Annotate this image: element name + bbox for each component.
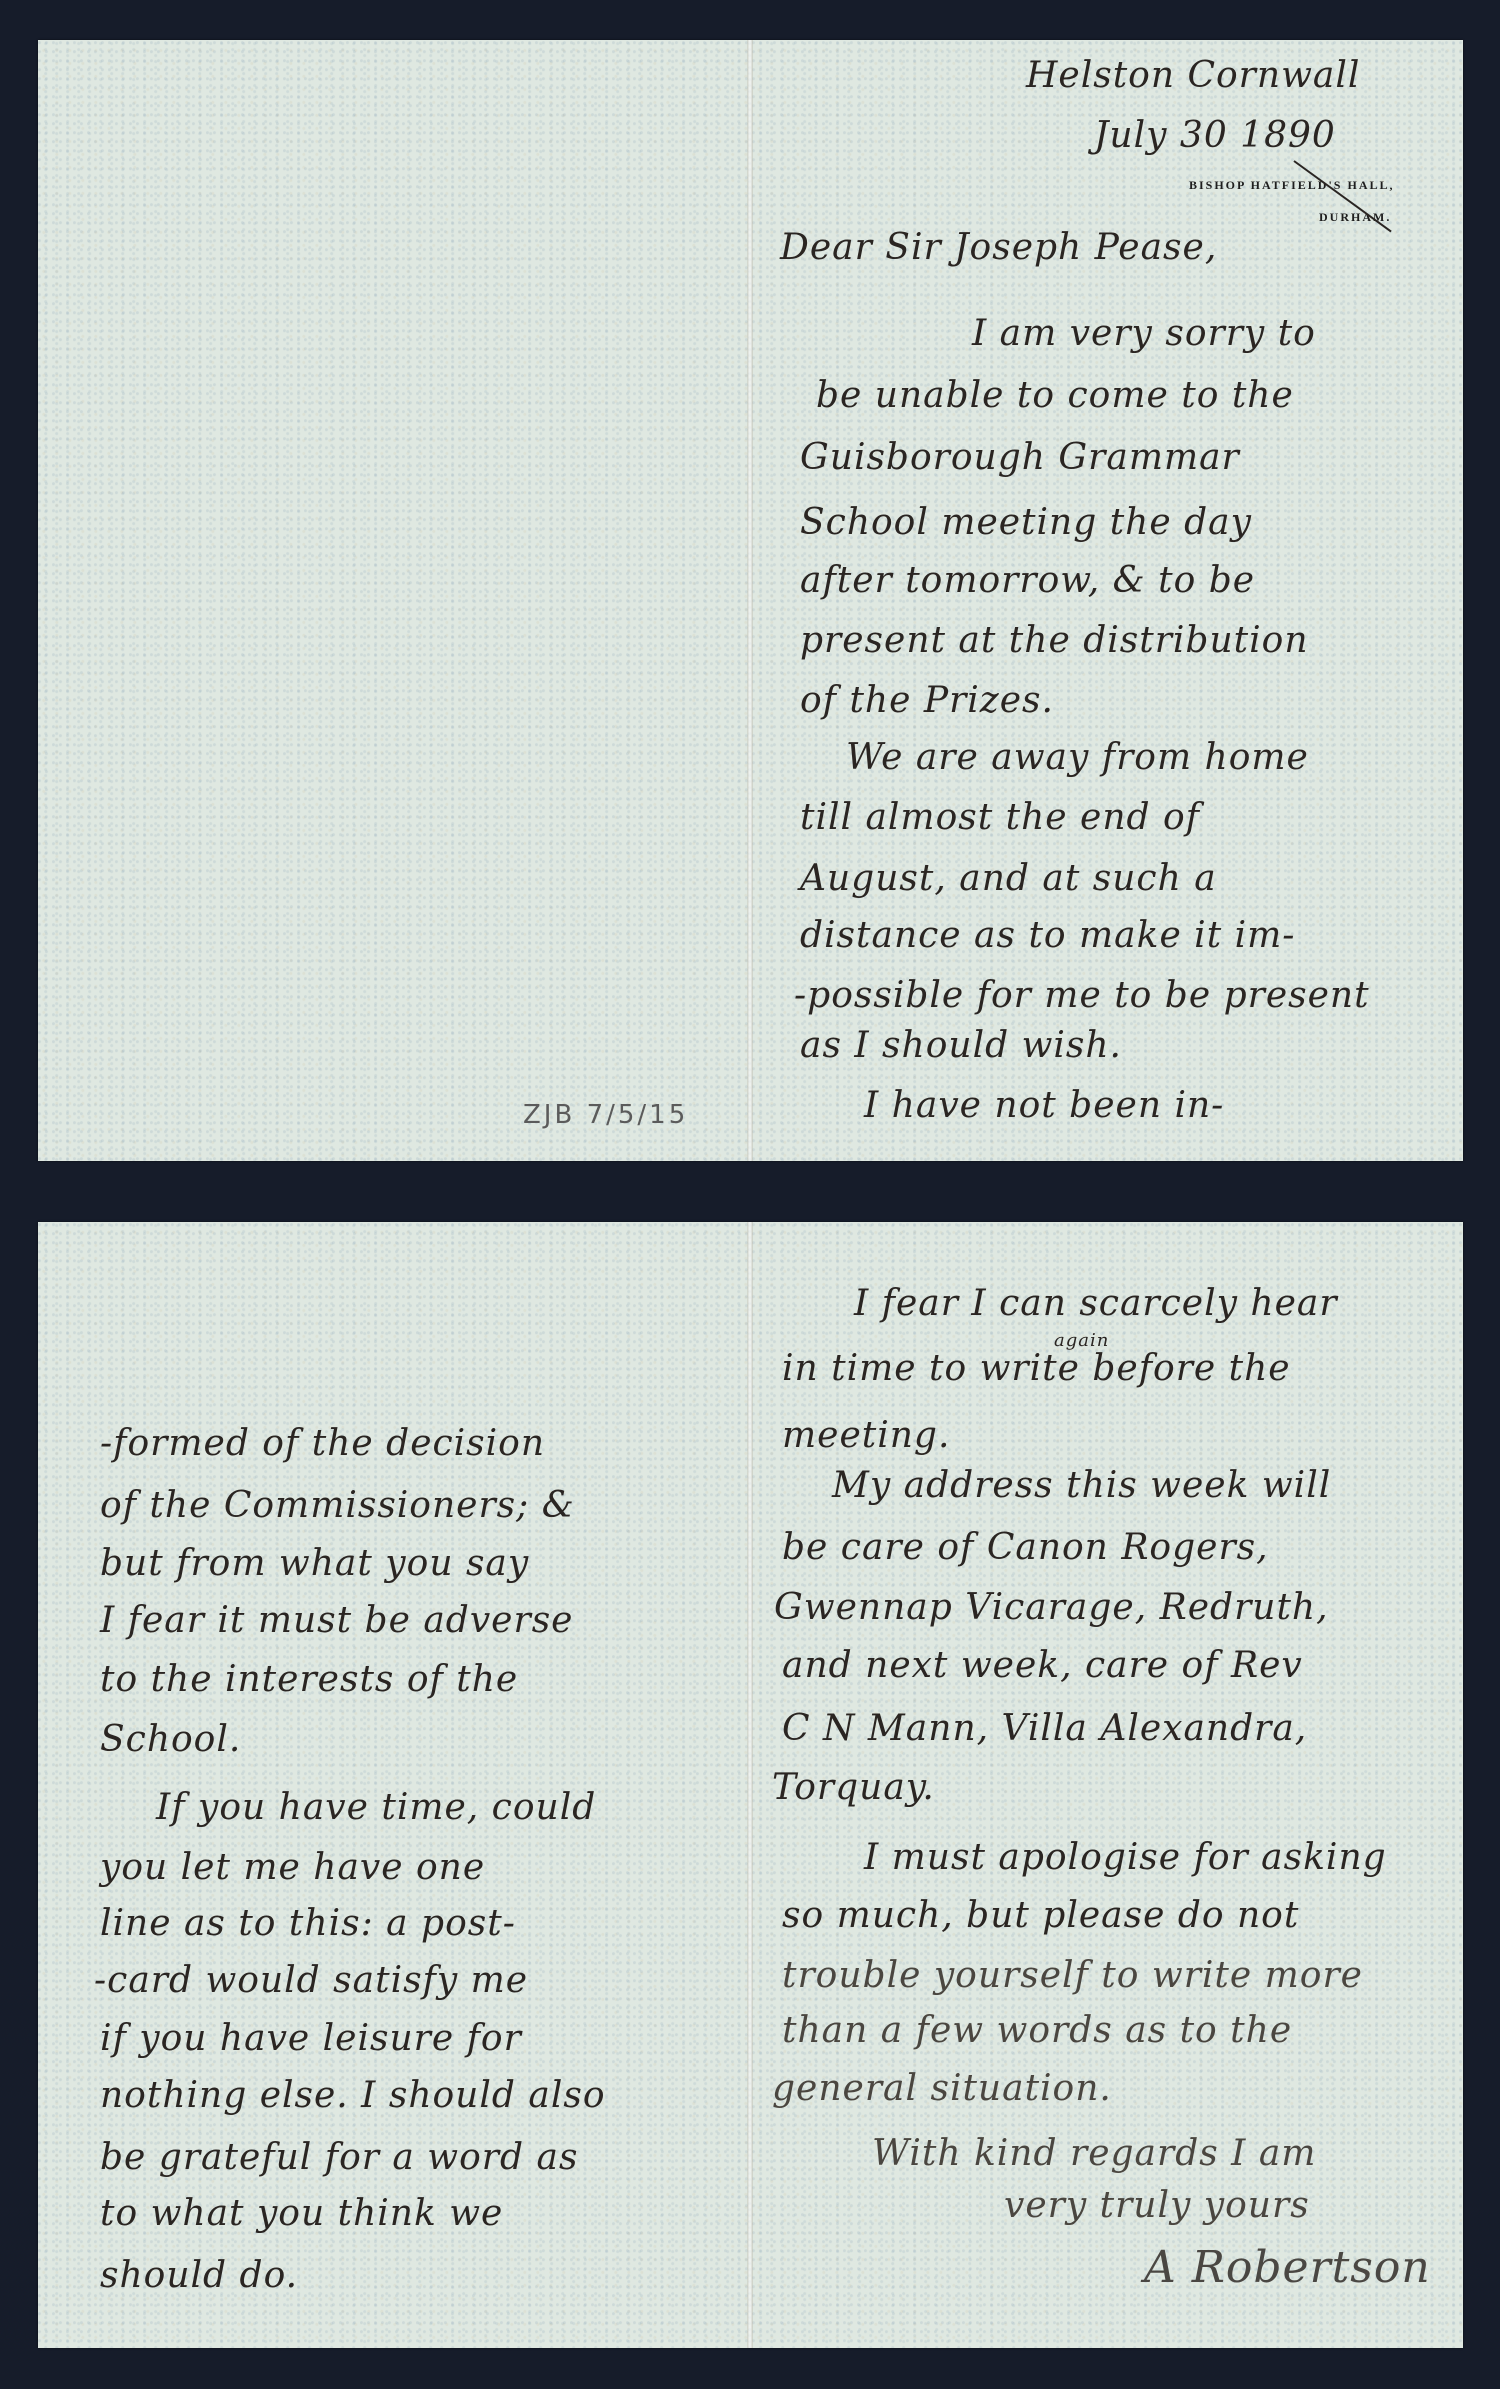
letter-line: and next week, care of Rev — [782, 1648, 1303, 1684]
letter-line: present at the distribution — [800, 623, 1309, 659]
letter-line: be unable to come to the — [816, 378, 1294, 414]
archive-annotation: ZJB 7/5/15 — [523, 1100, 688, 1130]
letter-line: to the interests of the — [100, 1662, 518, 1698]
letter-line: should do. — [100, 2258, 298, 2294]
letter-line: My address this week will — [832, 1468, 1331, 1504]
letter-sheet-1: ZJB 7/5/15 Helston Cornwall July 30 1890… — [38, 40, 1463, 1161]
letter-sheet-2: -formed of the decision of the Commissio… — [38, 1222, 1463, 2348]
letter-line: you let me have one — [100, 1850, 485, 1886]
letterhead-line-1: BISHOP HATFIELD'S HALL, — [1189, 178, 1395, 193]
letter-line: nothing else. I should also — [100, 2078, 606, 2114]
letter-line: meeting. — [782, 1418, 950, 1454]
letter-line: to what you think we — [100, 2196, 503, 2232]
letter-line: I must apologise for asking — [864, 1840, 1387, 1876]
date-line: July 30 1890 — [1094, 118, 1336, 154]
letter-line: -formed of the decision — [100, 1426, 545, 1462]
letter-line: of the Prizes. — [800, 683, 1054, 719]
letter-line: general situation. — [772, 2071, 1112, 2107]
letter-line: C N Mann, Villa Alexandra, — [782, 1711, 1307, 1747]
letter-line: Guisborough Grammar — [800, 440, 1240, 476]
letter-line: as I should wish. — [800, 1028, 1122, 1064]
letter-line: -card would satisfy me — [94, 1963, 528, 1999]
letter-line: but from what you say — [100, 1546, 529, 1582]
letter-line: than a few words as to the — [782, 2013, 1292, 2049]
letter-line: be grateful for a word as — [100, 2140, 578, 2176]
letter-line: Torquay. — [772, 1770, 935, 1806]
letter-line: after tomorrow, & to be — [800, 563, 1255, 599]
letter-line: August, and at such a — [800, 861, 1217, 897]
letter-line: till almost the end of — [800, 800, 1200, 836]
salutation: Dear Sir Joseph Pease, — [780, 230, 1217, 266]
page-1: Helston Cornwall July 30 1890 BISHOP HAT… — [754, 40, 1463, 1161]
letter-line: I am very sorry to — [972, 316, 1316, 352]
letter-line: I have not been in- — [864, 1088, 1224, 1124]
letter-line: line as to this: a post- — [100, 1906, 516, 1942]
letter-line: trouble yourself to write more — [782, 1958, 1363, 1994]
letter-line: so much, but please do not — [782, 1898, 1299, 1934]
place-line: Helston Cornwall — [1026, 58, 1360, 94]
letter-line: Gwennap Vicarage, Redruth, — [774, 1590, 1329, 1626]
letter-line: I fear I can scarcely hear — [854, 1286, 1338, 1322]
page-3: I fear I can scarcely hear again in time… — [754, 1222, 1463, 2348]
letter-line: in time to write before the — [782, 1351, 1291, 1387]
letter-line: distance as to make it im- — [800, 918, 1295, 954]
letter-line: If you have time, could — [156, 1790, 596, 1826]
letter-line: We are away from home — [846, 740, 1309, 776]
letter-line: be care of Canon Rogers, — [782, 1530, 1269, 1566]
letter-line: of the Commissioners; & — [100, 1488, 575, 1524]
letter-line: School meeting the day — [800, 505, 1252, 541]
closing-line: With kind regards I am — [872, 2136, 1316, 2172]
letter-line: if you have leisure for — [100, 2021, 522, 2057]
page-2: -formed of the decision of the Commissio… — [38, 1222, 748, 2348]
page-blank-left: ZJB 7/5/15 — [38, 40, 748, 1161]
closing-line: very truly yours — [1004, 2188, 1310, 2224]
letter-line: I fear it must be adverse — [100, 1603, 573, 1639]
letter-line: -possible for me to be present — [794, 978, 1370, 1014]
signature: A Robertson — [1144, 2246, 1431, 2290]
letter-line: School. — [100, 1722, 241, 1758]
